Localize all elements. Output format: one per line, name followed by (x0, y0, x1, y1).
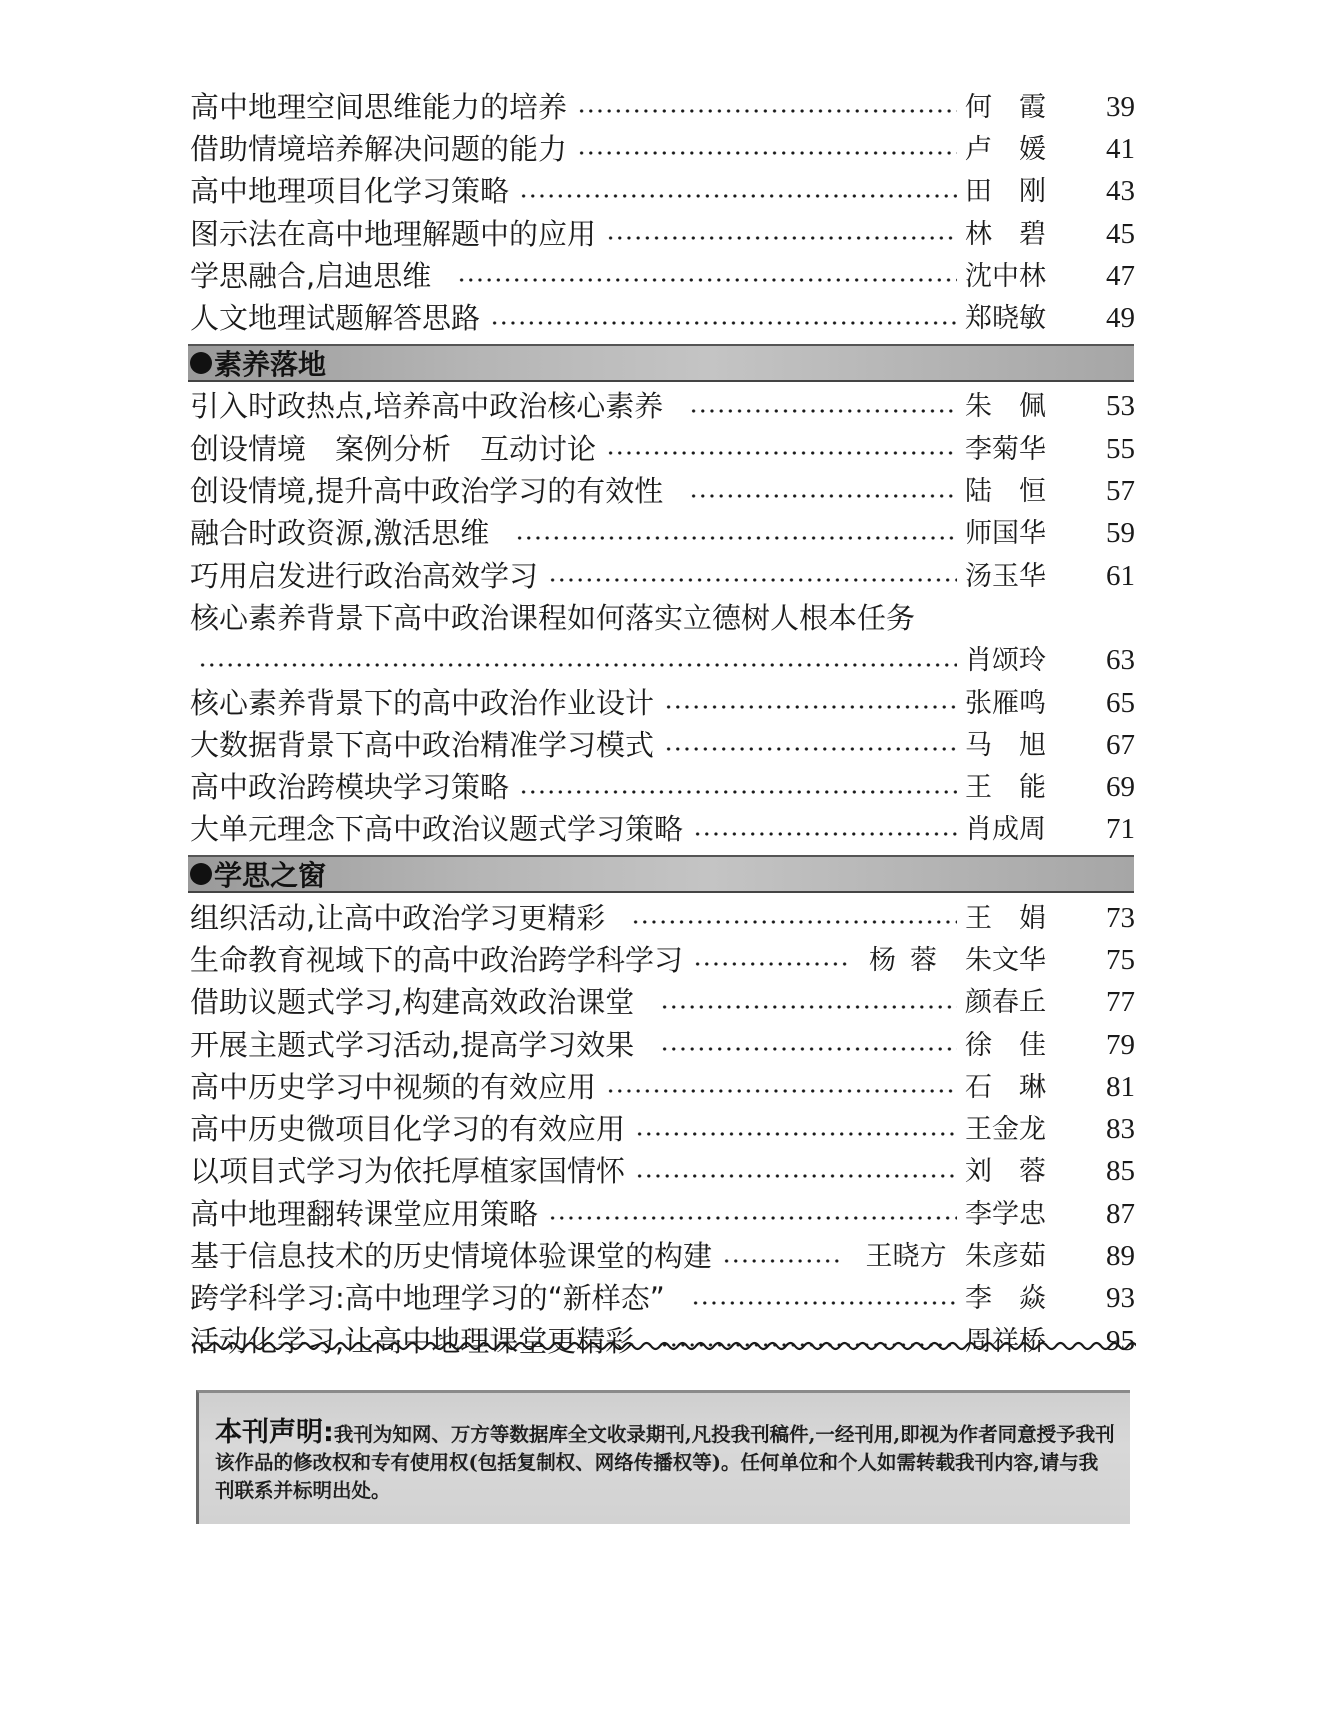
leader-dots (660, 1005, 957, 1009)
entry-author: 马 旭 (965, 732, 1097, 759)
entry-title: 借助情境培养解决问题的能力 (190, 135, 567, 164)
entry-page: 55 (1097, 435, 1135, 464)
entry-title: 大数据背景下高中政治精准学习模式 (190, 731, 654, 760)
entry-title: 开展主题式学习活动,提高学习效果 (190, 1031, 634, 1060)
toc-entry[interactable]: 大数据背景下高中政治精准学习模式 马 旭 67 (190, 724, 1135, 766)
leader-dots (664, 705, 957, 709)
entry-title: 高中地理翻转课堂应用策略 (190, 1200, 538, 1229)
section-title: 素养落地 (214, 343, 326, 383)
entry-author: 颜春丘 (965, 989, 1097, 1016)
bullet-icon (190, 352, 212, 374)
leader-dots (722, 1259, 839, 1263)
entry-page: 81 (1097, 1073, 1135, 1102)
toc-entry[interactable]: 高中地理空间思维能力的培养 何 霞 39 (190, 86, 1135, 128)
toc-entry[interactable]: 引入时政热点,培养高中政治核心素养 朱 佩 53 (190, 386, 1135, 428)
section-header-suyang-luodi: 素养落地 (188, 344, 1134, 382)
toc-entry[interactable]: 基于信息技术的历史情境体验课堂的构建 王晓方 朱彦茹 89 (190, 1235, 1135, 1277)
entry-title: 引入时政热点,培养高中政治核心素养 (190, 392, 663, 421)
entry-author: 师国华 (965, 520, 1097, 547)
bullet-icon (190, 863, 212, 885)
leader-dots (689, 409, 957, 413)
entry-title: 图示法在高中地理解题中的应用 (190, 220, 596, 249)
entry-author: 汤玉华 (965, 563, 1097, 590)
entry-title: 巧用启发进行政治高效学习 (190, 562, 538, 591)
entry-author: 郑晓敏 (965, 305, 1097, 332)
entry-author: 张雁鸣 (965, 690, 1097, 717)
entry-title: 人文地理试题解答思路 (190, 304, 480, 333)
leader-dots (548, 578, 957, 582)
entry-author: 朱彦茹 (965, 1243, 1097, 1270)
leader-dots (198, 663, 957, 667)
entry-title: 大单元理念下高中政治议题式学习策略 (190, 815, 683, 844)
entry-author: 朱 佩 (965, 393, 1097, 420)
toc-entry-wrapped-line-2[interactable]: 肖颂玲 63 (190, 640, 1135, 682)
leader-dots (635, 1132, 957, 1136)
entry-author: 王金龙 (965, 1116, 1097, 1143)
entry-title: 高中政治跨模块学习策略 (190, 773, 509, 802)
entry-title: 创设情境,提升高中政治学习的有效性 (190, 477, 663, 506)
entry-coauthor: 杨蓉 (855, 947, 965, 974)
toc-entry[interactable]: 高中地理翻转课堂应用策略 李学忠 87 (190, 1193, 1135, 1235)
entry-page: 93 (1097, 1284, 1135, 1313)
journal-statement-box: 本刊声明:我刊为知网、万方等数据库全文收录期刊,凡投我刊稿件,一经刊用,即视为作… (196, 1390, 1130, 1524)
entry-author: 陆 恒 (965, 478, 1097, 505)
entry-author: 王 娟 (965, 905, 1097, 932)
entry-title: 高中地理项目化学习策略 (190, 177, 509, 206)
entry-page: 85 (1097, 1157, 1135, 1186)
entry-title: 核心素养背景下高中政治课程如何落实立德树人根本任务 (190, 604, 915, 633)
entry-page: 75 (1097, 946, 1135, 975)
leader-dots (691, 1301, 957, 1305)
entry-author: 肖成周 (965, 816, 1097, 843)
section-title: 学思之窗 (214, 854, 326, 894)
entry-author: 田 刚 (965, 178, 1097, 205)
toc-entry-wrapped-line-1[interactable]: 核心素养背景下高中政治课程如何落实立德树人根本任务 (190, 597, 1135, 639)
entry-page: 61 (1097, 562, 1135, 591)
entry-page: 69 (1097, 773, 1135, 802)
statement-heading: 本刊声明: (215, 1417, 334, 1448)
entry-author: 卢 媛 (965, 136, 1097, 163)
entry-author: 刘 蓉 (965, 1158, 1097, 1185)
entry-page: 59 (1097, 519, 1135, 548)
toc-entry[interactable]: 开展主题式学习活动,提高学习效果 徐 佳 79 (190, 1024, 1135, 1066)
entry-coauthor: 王晓方 (847, 1243, 965, 1270)
entry-title: 以项目式学习为依托厚植家国情怀 (190, 1157, 625, 1186)
leader-dots (519, 194, 957, 198)
leader-dots (515, 536, 957, 540)
entry-author: 李 焱 (965, 1285, 1097, 1312)
entry-author: 朱文华 (965, 947, 1097, 974)
leader-dots (606, 236, 957, 240)
entry-page: 83 (1097, 1115, 1135, 1144)
entry-author: 何 霞 (965, 94, 1097, 121)
entry-author: 王 能 (965, 774, 1097, 801)
leader-dots (519, 790, 957, 794)
toc-entry[interactable]: 组织活动,让高中政治学习更精彩 王 娟 73 (190, 897, 1135, 939)
leader-dots (606, 451, 957, 455)
entry-page: 73 (1097, 904, 1135, 933)
toc-entry[interactable]: 高中政治跨模块学习策略 王 能 69 (190, 766, 1135, 808)
wavy-divider (192, 1339, 1136, 1353)
entry-author: 沈中林 (965, 263, 1097, 290)
toc-entry[interactable]: 创设情境 案例分析 互动讨论 李菊华 55 (190, 428, 1135, 470)
entry-page: 89 (1097, 1242, 1135, 1271)
toc-entry[interactable]: 人文地理试题解答思路 郑晓敏 49 (190, 297, 1135, 339)
entry-page: 71 (1097, 815, 1135, 844)
entry-title: 高中地理空间思维能力的培养 (190, 93, 567, 122)
leader-dots (660, 1047, 957, 1051)
entry-title: 组织活动,让高中政治学习更精彩 (190, 904, 605, 933)
entry-title: 融合时政资源,激活思维 (190, 519, 489, 548)
toc-entry[interactable]: 核心素养背景下的高中政治作业设计 张雁鸣 65 (190, 682, 1135, 724)
toc-entry[interactable]: 借助情境培养解决问题的能力 卢 媛 41 (190, 128, 1135, 170)
leader-dots (577, 151, 957, 155)
leader-dots (490, 321, 957, 325)
entry-page: 87 (1097, 1200, 1135, 1229)
leader-dots (606, 1089, 957, 1093)
toc-entry[interactable]: 高中地理项目化学习策略 田 刚 43 (190, 171, 1135, 213)
entry-title: 核心素养背景下的高中政治作业设计 (190, 689, 654, 718)
table-of-contents: 高中地理空间思维能力的培养 何 霞 39 借助情境培养解决问题的能力 卢 媛 4… (190, 86, 1135, 1362)
toc-entry[interactable]: 跨学科学习:高中地理学习的“新样态” 李 焱 93 (190, 1278, 1135, 1320)
toc-section-suyang-luodi: 引入时政热点,培养高中政治核心素养 朱 佩 53 创设情境 案例分析 互动讨论 … (190, 386, 1135, 851)
leader-dots (664, 747, 957, 751)
toc-entry[interactable]: 大单元理念下高中政治议题式学习策略 肖成周 71 (190, 809, 1135, 851)
toc-section-xuesi-zhichuang: 组织活动,让高中政治学习更精彩 王 娟 73 生命教育视域下的高中政治跨学科学习… (190, 897, 1135, 1362)
entry-title: 高中历史学习中视频的有效应用 (190, 1073, 596, 1102)
leader-dots (457, 278, 957, 282)
toc-entry[interactable]: 高中历史微项目化学习的有效应用 王金龙 83 (190, 1109, 1135, 1151)
entry-page: 41 (1097, 135, 1135, 164)
leader-dots (635, 1174, 957, 1178)
leader-dots (577, 109, 957, 113)
toc-entry[interactable]: 学思融合,启迪思维 沈中林 47 (190, 255, 1135, 297)
toc-entry[interactable]: 以项目式学习为依托厚植家国情怀 刘 蓉 85 (190, 1151, 1135, 1193)
leader-dots (548, 1216, 957, 1220)
toc-entry[interactable]: 创设情境,提升高中政治学习的有效性 陆 恒 57 (190, 470, 1135, 512)
entry-title: 创设情境 案例分析 互动讨论 (190, 435, 596, 464)
entry-page: 63 (1097, 646, 1135, 675)
toc-entry[interactable]: 巧用启发进行政治高效学习 汤玉华 61 (190, 555, 1135, 597)
leader-dots (631, 920, 957, 924)
entry-title: 高中历史微项目化学习的有效应用 (190, 1115, 625, 1144)
leader-dots (693, 832, 957, 836)
entry-page: 77 (1097, 988, 1135, 1017)
section-header-xuesi-zhichuang: 学思之窗 (188, 855, 1134, 893)
toc-entry[interactable]: 借助议题式学习,构建高效政治课堂 颜春丘 77 (190, 982, 1135, 1024)
toc-entry[interactable]: 生命教育视域下的高中政治跨学科学习 杨蓉 朱文华 75 (190, 939, 1135, 981)
toc-entry[interactable]: 图示法在高中地理解题中的应用 林 碧 45 (190, 213, 1135, 255)
entry-page: 47 (1097, 262, 1135, 291)
entry-page: 57 (1097, 477, 1135, 506)
entry-page: 53 (1097, 392, 1135, 421)
entry-page: 49 (1097, 304, 1135, 333)
entry-page: 67 (1097, 731, 1135, 760)
entry-author: 石 琳 (965, 1074, 1097, 1101)
toc-section-geography: 高中地理空间思维能力的培养 何 霞 39 借助情境培养解决问题的能力 卢 媛 4… (190, 86, 1135, 340)
entry-author: 徐 佳 (965, 1032, 1097, 1059)
entry-title: 生命教育视域下的高中政治跨学科学习 (190, 946, 683, 975)
entry-page: 43 (1097, 177, 1135, 206)
entry-author: 林 碧 (965, 221, 1097, 248)
entry-title: 学思融合,启迪思维 (190, 262, 431, 291)
entry-page: 39 (1097, 93, 1135, 122)
entry-title: 跨学科学习:高中地理学习的“新样态” (190, 1284, 665, 1313)
entry-page: 79 (1097, 1031, 1135, 1060)
leader-dots (689, 494, 957, 498)
entry-page: 65 (1097, 689, 1135, 718)
entry-page: 45 (1097, 220, 1135, 249)
leader-dots (693, 962, 847, 966)
entry-title: 借助议题式学习,构建高效政治课堂 (190, 988, 634, 1017)
entry-author: 李学忠 (965, 1201, 1097, 1228)
toc-entry[interactable]: 高中历史学习中视频的有效应用 石 琳 81 (190, 1066, 1135, 1108)
statement-text: 本刊声明:我刊为知网、万方等数据库全文收录期刊,凡投我刊稿件,一经刊用,即视为作… (215, 1419, 1116, 1505)
toc-entry[interactable]: 融合时政资源,激活思维 师国华 59 (190, 513, 1135, 555)
statement-body: 我刊为知网、万方等数据库全文收录期刊,凡投我刊稿件,一经刊用,即视为作者同意授予… (215, 1423, 1115, 1502)
entry-title: 基于信息技术的历史情境体验课堂的构建 (190, 1242, 712, 1271)
entry-author: 李菊华 (965, 436, 1097, 463)
entry-author: 肖颂玲 (965, 647, 1097, 674)
